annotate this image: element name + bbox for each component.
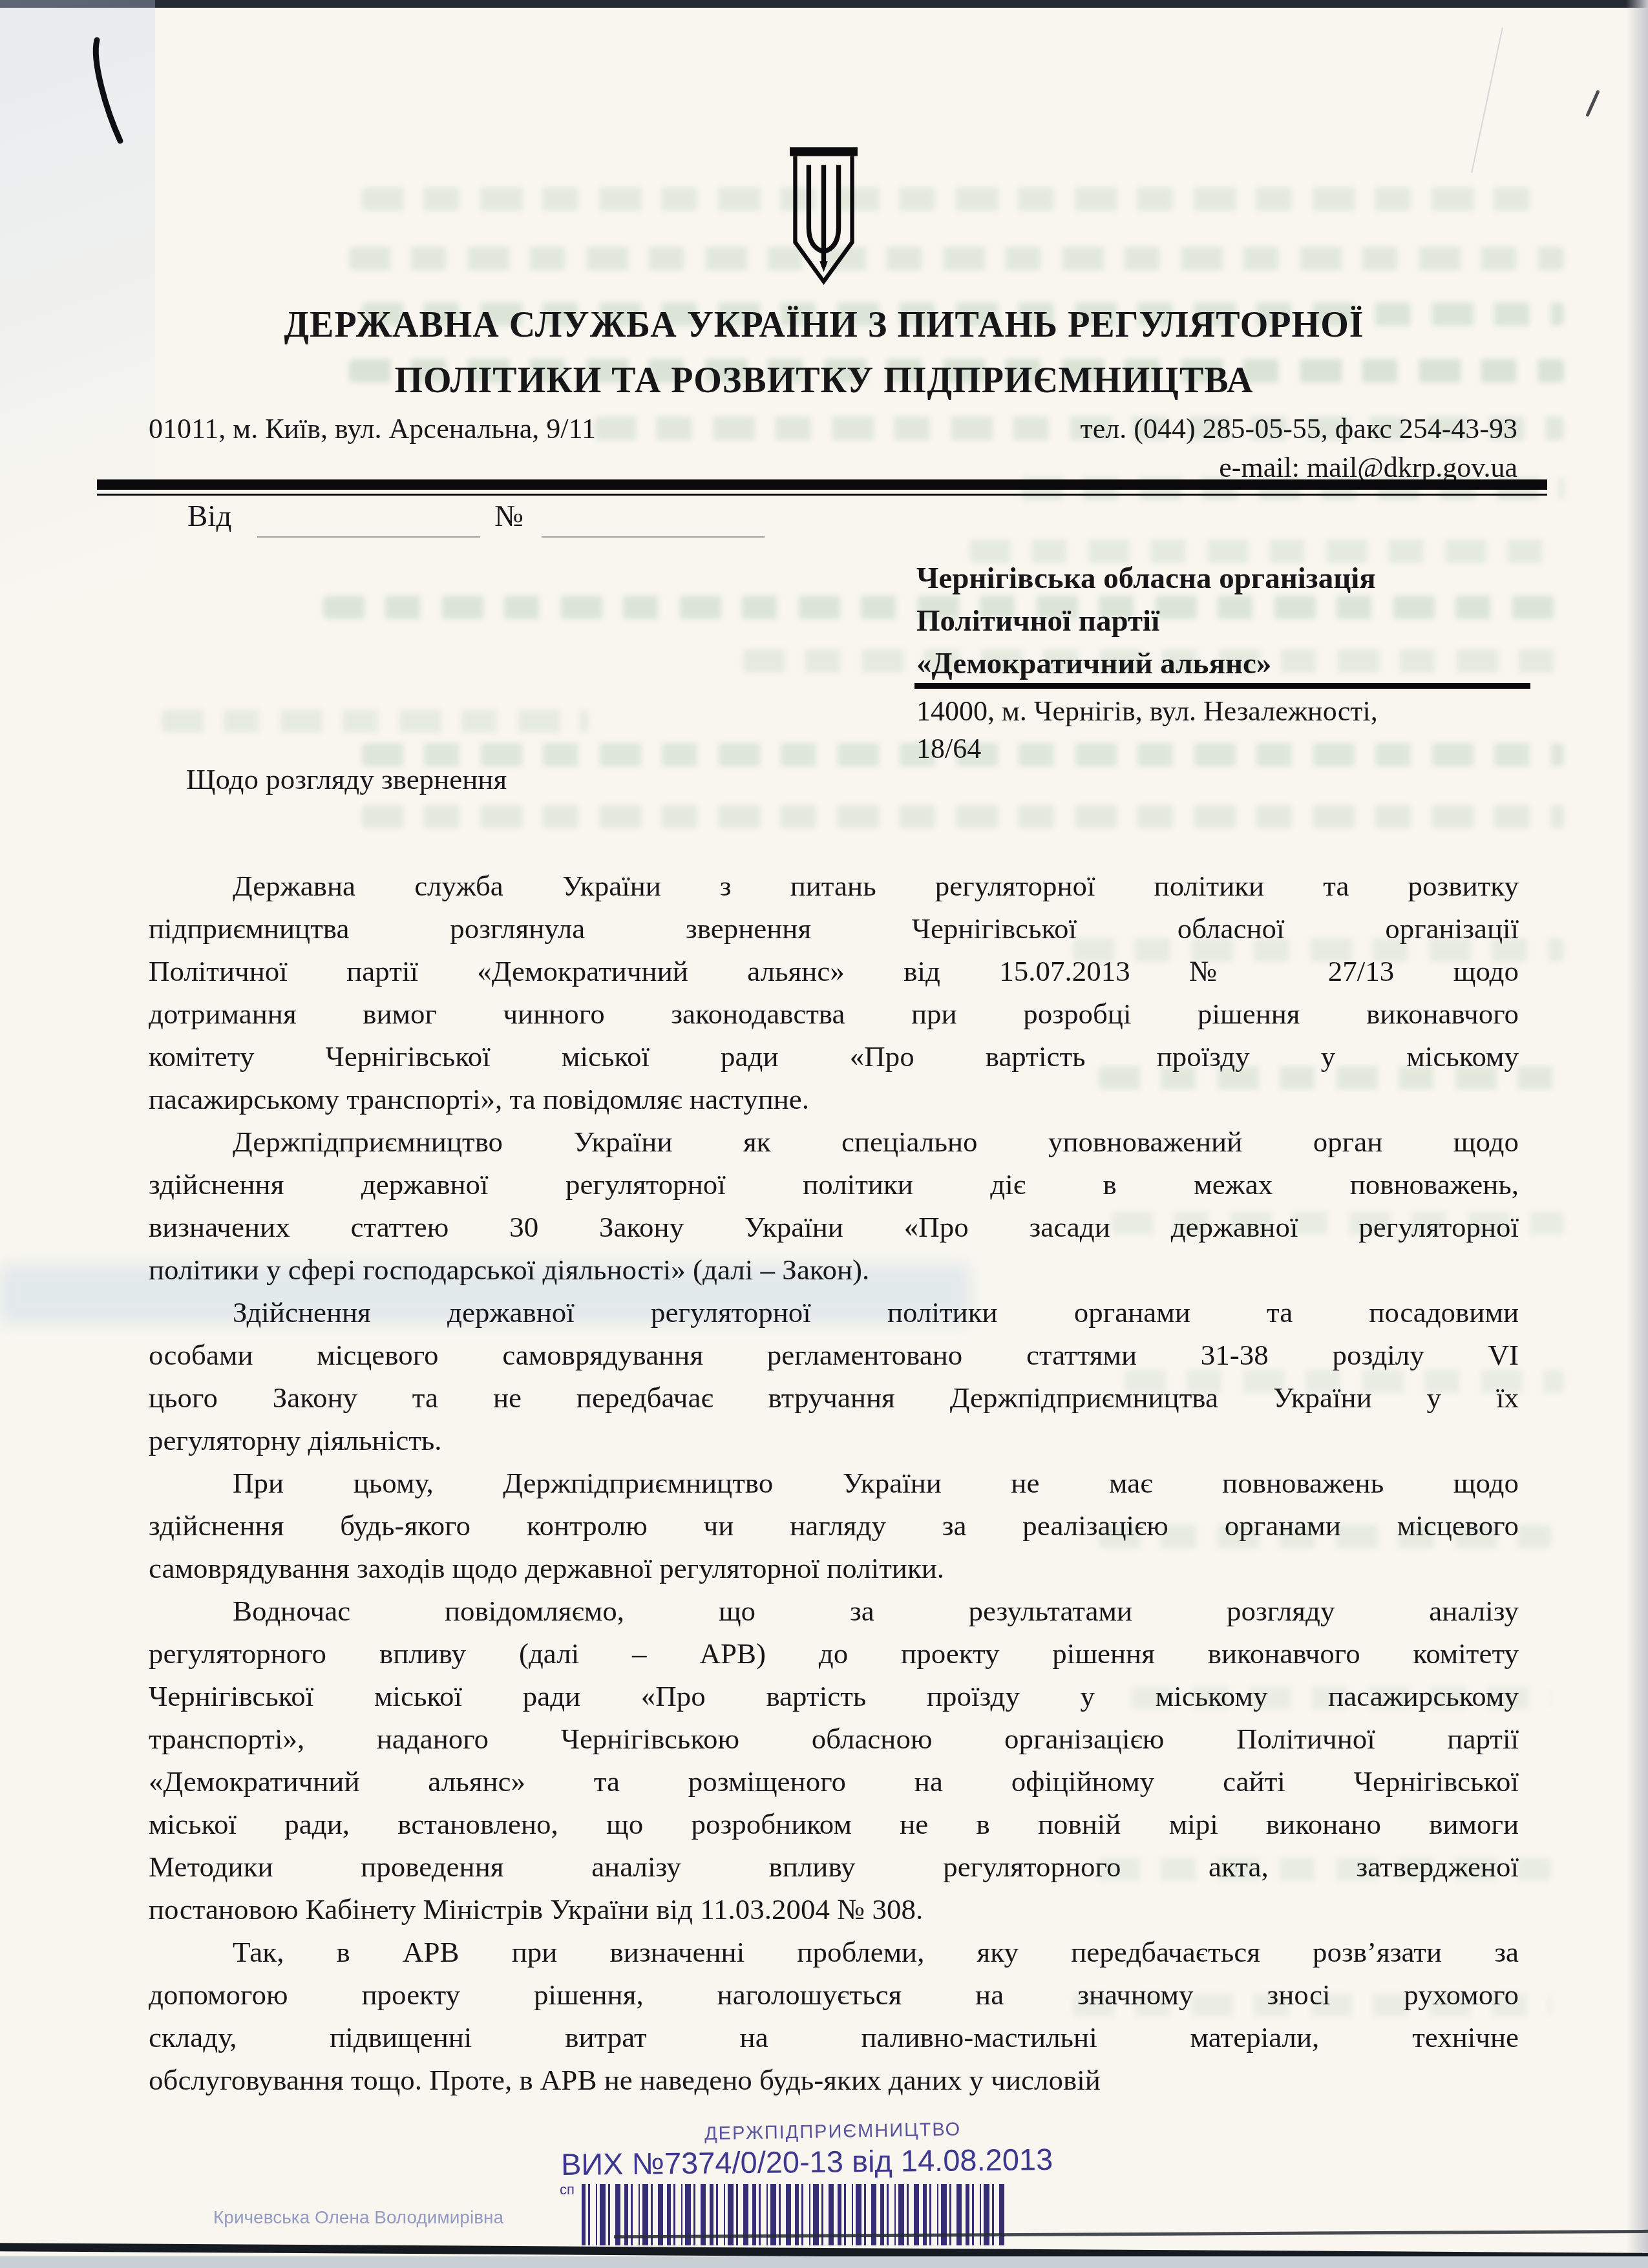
recipient-address: 14000, м. Чернігів, вул. Незалежності, 1… — [916, 693, 1532, 768]
body-line: Держпідприємництво України як спеціально… — [149, 1120, 1519, 1163]
paragraph: Так, в АРВ при визначенні проблеми, яку … — [149, 1931, 1519, 2101]
stamp-org-name: ДЕРЖПІДПРИЄМНИЦТВО — [704, 2119, 964, 2145]
body-line: комітету Чернігівської міської ради «Про… — [149, 1035, 1519, 1078]
ref-date-blank — [257, 536, 480, 538]
body-line: При цьому, Держпідприємництво України не… — [149, 1462, 1519, 1504]
recipient-address-line-2: 18/64 — [916, 730, 1532, 768]
body-line: особами місцевого самоврядування регламе… — [149, 1334, 1519, 1376]
body-line: обслуговування тощо. Проте, в АРВ не нав… — [149, 2059, 1519, 2101]
body-line: дотримання вимог чинного законодавства п… — [149, 992, 1519, 1035]
recipient-rule — [914, 683, 1530, 689]
scan-scratch-mark — [1585, 90, 1600, 117]
body-line: Політичної партії «Демократичний альянс»… — [149, 950, 1519, 992]
stamp-ref-number: ВИХ №7374/0/20-13 від 14.08.2013 — [561, 2141, 1053, 2182]
letterhead-phone-fax: тел. (044) 285-05-55, факс 254-43-93 — [1081, 412, 1517, 445]
body-line: «Демократичний альянс» та розміщеного на… — [149, 1760, 1519, 1803]
scan-faint-line — [1471, 27, 1503, 173]
body-line: політики у сфері господарської діяльност… — [149, 1248, 1519, 1291]
body-line: Так, в АРВ при визначенні проблеми, яку … — [149, 1931, 1519, 1973]
recipient-line-2: Політичної партії — [916, 600, 1532, 642]
body-line: постановою Кабінету Міністрів України ві… — [149, 1888, 1519, 1931]
bleed-through-row — [362, 187, 1551, 211]
ref-number-label: № — [494, 499, 523, 534]
body-line: регуляторного впливу (далі – АРВ) до про… — [149, 1632, 1519, 1675]
letterhead-rule-thin — [97, 494, 1547, 496]
recipient-line-1: Чернігівська обласна організація — [916, 557, 1532, 600]
body-line: допомогою проекту рішення, наголошується… — [149, 1973, 1519, 2016]
paragraph: Держпідприємництво України як спеціально… — [149, 1120, 1519, 1291]
body-line: цього Закону та не передбачає втручання … — [149, 1376, 1519, 1419]
body-line: Державна служба України з питань регулят… — [149, 865, 1519, 907]
paragraph: Державна служба України з питань регулят… — [149, 865, 1519, 1120]
pen-mark — [83, 34, 147, 150]
body-line: підприємництва розглянула звернення Черн… — [149, 907, 1519, 950]
body-line: Методики проведення аналізу впливу регул… — [149, 1845, 1519, 1888]
tryzub-emblem-icon — [790, 147, 858, 286]
body-line: регуляторну діяльність. — [149, 1419, 1519, 1462]
letterhead-rule — [97, 479, 1547, 490]
recipient-block: Чернігівська обласна організація Політич… — [916, 557, 1532, 685]
ref-from-label: Від — [187, 499, 231, 534]
letterhead-address: 01011, м. Київ, вул. Арсенальна, 9/11 — [149, 412, 596, 445]
body-line: Чернігівської міської ради «Про вартість… — [149, 1675, 1519, 1717]
paragraph: При цьому, Держпідприємництво України не… — [149, 1462, 1519, 1590]
org-title-line-2: ПОЛІТИКИ ТА РОЗВИТКУ ПІДПРИЄМНИЦТВА — [0, 353, 1648, 408]
body-line: складу, підвищенні витрат на паливно-мас… — [149, 2016, 1519, 2059]
body-line: Здійснення державної регуляторної політи… — [149, 1291, 1519, 1334]
body-line: самоврядування заходів щодо державної ре… — [149, 1547, 1519, 1590]
org-title: ДЕРЖАВНА СЛУЖБА УКРАЇНИ З ПИТАНЬ РЕГУЛЯТ… — [0, 297, 1648, 408]
paragraph: Здійснення державної регуляторної політи… — [149, 1291, 1519, 1462]
scan-bottom-strip — [0, 2256, 1648, 2268]
body-line: міської ради, встановлено, що розробнико… — [149, 1803, 1519, 1845]
org-title-line-1: ДЕРЖАВНА СЛУЖБА УКРАЇНИ З ПИТАНЬ РЕГУЛЯТ… — [0, 297, 1648, 353]
body-paragraphs: Державна служба України з питань регулят… — [149, 865, 1519, 2101]
bleed-through-row — [362, 805, 1564, 828]
body-line: здійснення будь-якого контролю чи нагляд… — [149, 1504, 1519, 1547]
scan-top-edge — [0, 0, 1648, 8]
body-line: пасажирському транспорті», та повідомляє… — [149, 1078, 1519, 1120]
recipient-line-3: «Демократичний альянс» — [916, 642, 1532, 685]
barcode-label: сп — [560, 2181, 575, 2198]
paragraph: Водночас повідомляємо, що за результатам… — [149, 1590, 1519, 1931]
subject-line: Щодо розгляду звернення — [186, 762, 507, 796]
bleed-through-row — [162, 709, 588, 733]
scanned-letter-page: ДЕРЖАВНА СЛУЖБА УКРАЇНИ З ПИТАНЬ РЕГУЛЯТ… — [0, 0, 1648, 2268]
body-line: здійснення державної регуляторної політи… — [149, 1163, 1519, 1206]
body-line: Водночас повідомляємо, що за результатам… — [149, 1590, 1519, 1632]
bleed-through-row — [349, 247, 1564, 270]
recipient-address-line-1: 14000, м. Чернігів, вул. Незалежності, — [916, 693, 1532, 730]
body-line: визначених статтею 30 Закону України «Пр… — [149, 1206, 1519, 1248]
body-line: транспорті», наданого Чернігівською обла… — [149, 1717, 1519, 1760]
ref-number-blank — [542, 536, 765, 538]
signer-name: Кричевська Олена Володимирівна — [213, 2207, 503, 2228]
